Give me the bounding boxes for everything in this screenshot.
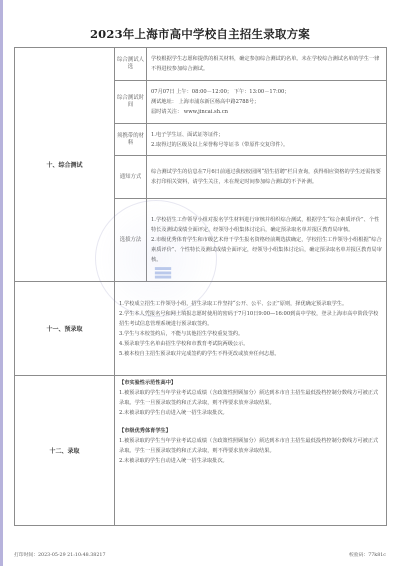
table-row: 十、综合测试 综合测试人选 学校根据学生志愿和提供的相关材料，确定参加综合测试的… (15, 48, 387, 81)
group-title: 【市实验性示范性高中】 (119, 378, 383, 388)
table-row: 十二、录取 【市实验性示范性高中】 1.被预录取的学生当年学业考试总成绩（含政策… (15, 376, 387, 526)
row-label: 须携带的材料 (115, 124, 147, 156)
table-row: 十一、预录取 1.学校成立招生工作领导小组，招生录取工作坚持“公开、公平、公正”… (15, 282, 387, 376)
window-left-edge (0, 0, 3, 566)
section-heading-pre-admission: 十一、预录取 (15, 282, 115, 376)
row-label: 综合测试人选 (115, 48, 147, 81)
row-content: 07月07日 上午：08:00－12:00； 下午：13:00－17:00； 测… (147, 81, 387, 124)
row-label: 通知方式 (115, 156, 147, 199)
row-label: 选拔方法 (115, 199, 147, 282)
check-code: 校验码：77k81c (349, 551, 386, 558)
print-time: 打印时间：2023-05-29 21:10:48.38217 (14, 551, 106, 558)
section-heading-admission: 十二、录取 (15, 376, 115, 526)
row-content: 综合测试学生的信息在7月6日前通过我校校园网“招生招聘”栏目查询，获得相应资格的… (147, 156, 387, 199)
admission-plan-table: 十、综合测试 综合测试人选 学校根据学生志愿和提供的相关材料，确定参加综合测试的… (14, 47, 387, 526)
spacer (119, 418, 383, 426)
website-link[interactable]: 届时请关注： www.jincai.sh.cn (151, 107, 383, 117)
row-content: 【市实验性示范性高中】 1.被预录取的学生当年学业考试总成绩（含政策性照顾加分）… (115, 376, 387, 526)
row-content: 1.电子学生证、面试证等证件； 2.取得过的区级及以上荣誉称号等证书（带原件交复… (147, 124, 387, 156)
group-title: 【市级优秀体育学生】 (119, 426, 383, 436)
section-heading-comprehensive-test: 十、综合测试 (15, 48, 115, 282)
row-label: 综合测试时间 (115, 81, 147, 124)
row-content: 学校根据学生志愿和提供的相关材料，确定参加综合测试的名单。未在学校综合测试名单的… (147, 48, 387, 81)
row-content: 1.学校招生工作领导小组对报名学生材料进行审核并组织综合测试，根据学生“综合素质… (147, 199, 387, 282)
document-title: 2023年上海市高中学校自主招生录取方案 (0, 26, 400, 42)
row-content: 1.学校成立招生工作领导小组，招生录取工作坚持“公开、公平、公正”原则，择优确定… (115, 282, 387, 376)
